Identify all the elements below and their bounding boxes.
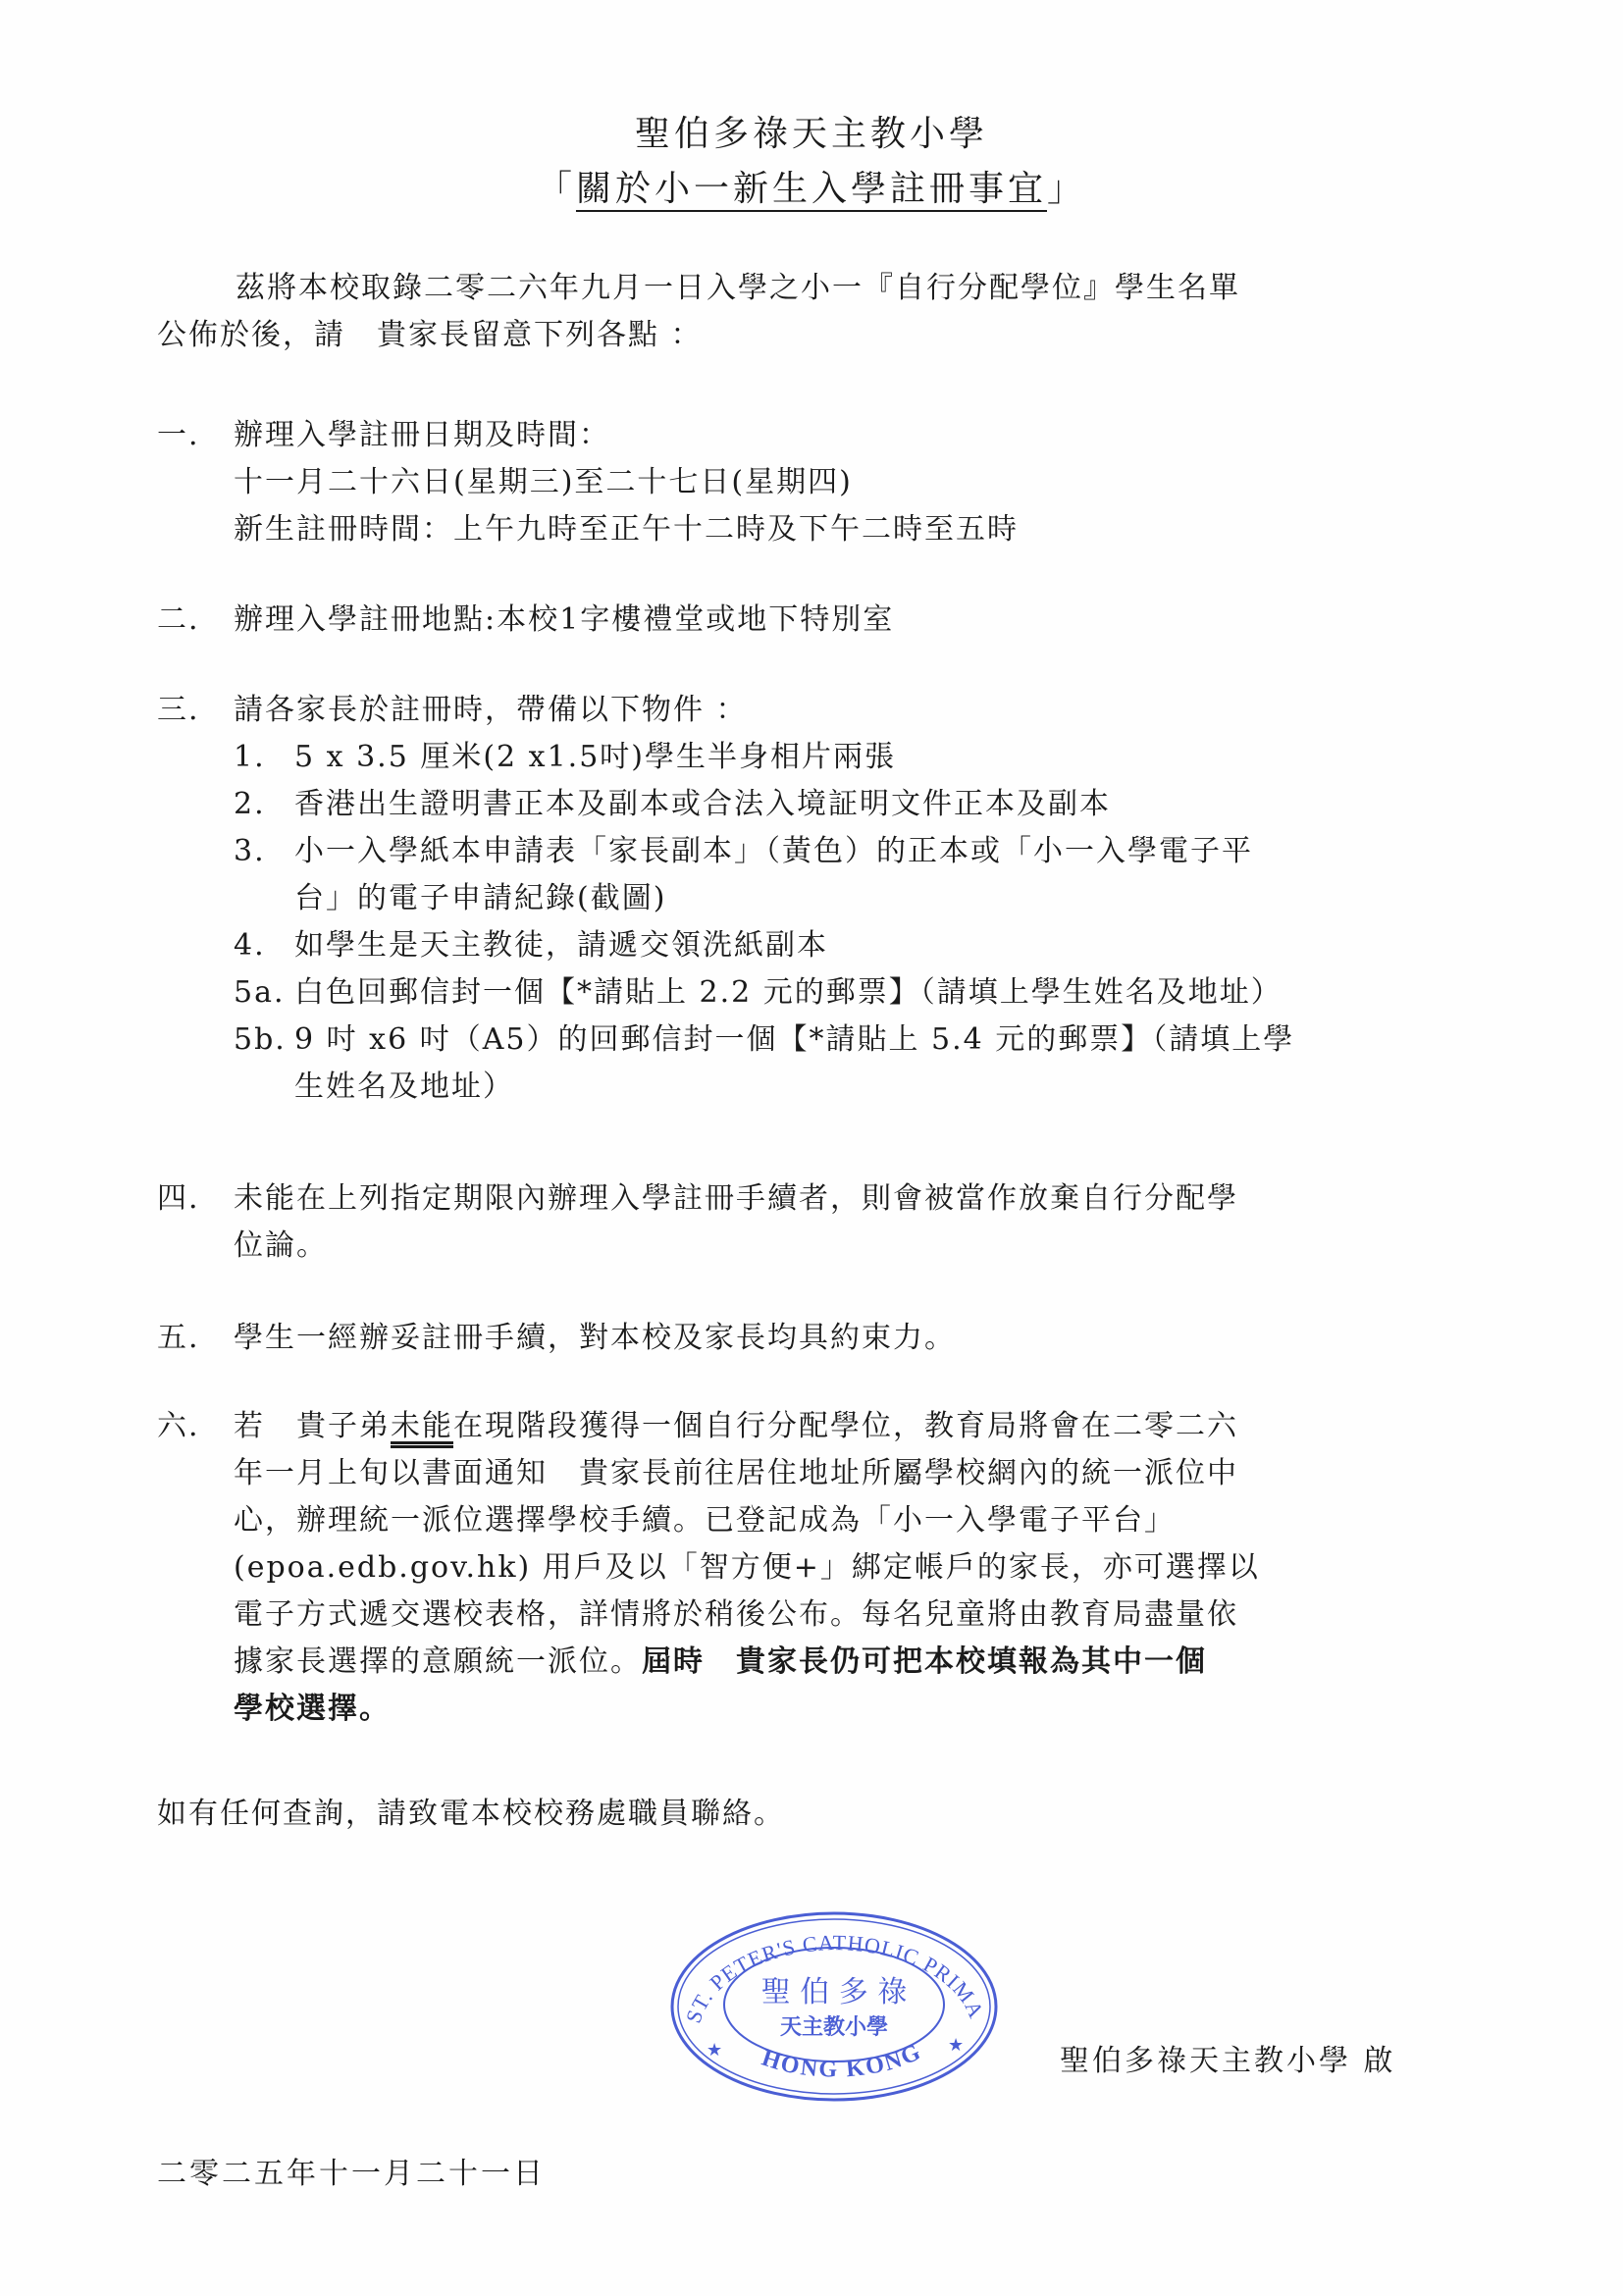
- list-item: 5a. 白色回郵信封一個【*請貼上 2.2 元的郵票】（請填上學生姓名及地址）: [234, 969, 1492, 1017]
- section-line: 若 貴子弟未能在現階段獲得一個自行分配學位，教育局將會在二零二六: [234, 1403, 1492, 1450]
- item-number: 5a.: [234, 969, 286, 1017]
- stamp-inner-line1: 聖 伯 多 祿: [761, 1975, 908, 2009]
- item-text: 如學生是天主教徒，請遞交領洗紙副本: [294, 922, 1492, 969]
- text-span: 在現階段獲得一個自行分配學位，教育局將會在二零二六: [453, 1409, 1238, 1443]
- school-stamp: ST. PETER'S CATHOLIC PRIMARY SCHOOL HONG…: [667, 1908, 1001, 2105]
- document-page: 聖伯多祿天主教小學 「關於小一新生入學註冊事宜」 茲將本校取錄二零二六年九月一日…: [0, 0, 1623, 2296]
- section-line: 據家長選擇的意願統一派位。屆時 貴家長仍可把本校填報為其中一個: [234, 1639, 1492, 1686]
- item-number: 2.: [234, 781, 266, 828]
- section-line: 未能在上列指定期限內辦理入學註冊手續者，則會被當作放棄自行分配學: [234, 1175, 1492, 1223]
- required-items-list: 1. 5 x 3.5 厘米(2 x1.5吋)學生半身相片兩張 2. 香港出生證明…: [234, 734, 1492, 1111]
- section-1-registration-time: 一. 辦理入學註冊日期及時間： 十一月二十六日(星期三)至二十七日(星期四) 新…: [157, 412, 1492, 553]
- section-4-deadline-notice: 四. 未能在上列指定期限內辦理入學註冊手續者，則會被當作放棄自行分配學 位論。: [157, 1175, 1492, 1270]
- text-span: 據家長選擇的意願統一派位。: [234, 1644, 642, 1679]
- stamp-inner-line2: 天主教小學: [780, 2014, 888, 2040]
- intro-line: 公佈於後，請 貴家長留意下列各點 ：: [157, 312, 1472, 359]
- stamp-bottom-text: HONG KONG: [759, 2039, 926, 2083]
- school-name-heading: 聖伯多祿天主教小學: [0, 108, 1623, 161]
- section-line: 新生註冊時間：上午九時至正午十二時及下午二時至五時: [234, 506, 1492, 553]
- section-number: 四.: [157, 1175, 234, 1223]
- section-number: 五.: [157, 1315, 234, 1362]
- svg-text:HONG KONG: HONG KONG: [759, 2039, 926, 2083]
- section-line: 心，辦理統一派位選擇學校手續。已登記成為「小一入學電子平台」: [234, 1497, 1492, 1544]
- section-3-required-items: 三. 請各家長於註冊時，帶備以下物件 ： 1. 5 x 3.5 厘米(2 x1.…: [157, 687, 1492, 1111]
- inquiry-line: 如有任何查詢，請致電本校校務處職員聯絡。: [157, 1791, 785, 1838]
- intro-paragraph: 茲將本校取錄二零二六年九月一日入學之小一『自行分配學位』學生名單 公佈於後，請 …: [157, 265, 1472, 359]
- section-line: 學生一經辦妥註冊手續，對本校及家長均具約束力。: [234, 1315, 1492, 1362]
- item-text: 9 吋 x6 吋（A5）的回郵信封一個【*請貼上 5.4 元的郵票】（請填上學: [294, 1017, 1492, 1064]
- item-text: 台」的電子申請紀錄(截圖): [294, 875, 1492, 922]
- section-line: 電子方式遞交選校表格，詳情將於稍後公布。每名兒童將由教育局盡量依: [234, 1592, 1492, 1639]
- item-number: 4.: [234, 922, 266, 969]
- section-line: 辦理入學註冊日期及時間：: [234, 412, 1492, 459]
- item-number: 3.: [234, 828, 266, 875]
- item-text: 香港出生證明書正本及副本或合法入境証明文件正本及副本: [294, 781, 1492, 828]
- issue-date: 二零二五年十一月二十一日: [157, 2149, 546, 2192]
- section-line: 學校選擇。: [234, 1686, 1492, 1733]
- star-icon: ★: [707, 2040, 722, 2061]
- section-2-registration-venue: 二. 辦理入學註冊地點:本校1字樓禮堂或地下特別室: [157, 597, 1492, 644]
- section-line: 年一月上旬以書面通知 貴家長前往居住地址所屬學校網內的統一派位中: [234, 1450, 1492, 1497]
- section-line: (epoa.edb.gov.hk) 用戶及以「智方便+」綁定帳戶的家長，亦可選擇…: [234, 1544, 1492, 1592]
- title-block: 聖伯多祿天主教小學 「關於小一新生入學註冊事宜」: [0, 108, 1623, 218]
- item-text: 白色回郵信封一個【*請貼上 2.2 元的郵票】（請填上學生姓名及地址）: [294, 969, 1492, 1017]
- emphasis-unable: 未能: [391, 1409, 453, 1443]
- item-text: 生姓名及地址）: [294, 1064, 1492, 1111]
- subject-heading: 「關於小一新生入學註冊事宜」: [0, 161, 1623, 218]
- item-text: 小一入學紙本申請表「家長副本」（黃色）的正本或「小一入學電子平: [294, 828, 1492, 875]
- signature: 聖伯多祿天主教小學 啟: [1060, 2036, 1396, 2079]
- item-number: 1.: [234, 734, 266, 781]
- list-item: 4. 如學生是天主教徒，請遞交領洗紙副本: [234, 922, 1492, 969]
- section-line: 辦理入學註冊地點:本校1字樓禮堂或地下特別室: [234, 597, 1492, 644]
- section-line: 十一月二十六日(星期三)至二十七日(星期四): [234, 459, 1492, 506]
- section-6-central-allocation: 六. 若 貴子弟未能在現階段獲得一個自行分配學位，教育局將會在二零二六 年一月上…: [157, 1403, 1492, 1733]
- item-number: 5b.: [234, 1017, 287, 1064]
- subject-open-bracket: 「: [537, 169, 576, 209]
- bold-text-span: 屆時 貴家長仍可把本校填報為其中一個: [642, 1644, 1207, 1679]
- section-number: 一.: [157, 412, 234, 459]
- subject-text: 關於小一新生入學註冊事宜: [576, 169, 1047, 209]
- text-span: 若 貴子弟: [234, 1409, 391, 1443]
- list-item: 1. 5 x 3.5 厘米(2 x1.5吋)學生半身相片兩張: [234, 734, 1492, 781]
- subject-close-bracket: 」: [1047, 169, 1086, 209]
- list-item: 3. 小一入學紙本申請表「家長副本」（黃色）的正本或「小一入學電子平 台」的電子…: [234, 828, 1492, 922]
- list-item: 2. 香港出生證明書正本及副本或合法入境証明文件正本及副本: [234, 781, 1492, 828]
- item-text: 5 x 3.5 厘米(2 x1.5吋)學生半身相片兩張: [294, 734, 1492, 781]
- star-icon: ★: [948, 2035, 964, 2056]
- section-5-binding-notice: 五. 學生一經辦妥註冊手續，對本校及家長均具約束力。: [157, 1315, 1492, 1362]
- section-number: 二.: [157, 597, 234, 644]
- section-line: 請各家長於註冊時，帶備以下物件 ：: [234, 687, 1492, 734]
- section-number: 六.: [157, 1403, 234, 1450]
- section-line: 位論。: [234, 1223, 1492, 1270]
- intro-line: 茲將本校取錄二零二六年九月一日入學之小一『自行分配學位』學生名單: [157, 265, 1472, 312]
- section-number: 三.: [157, 687, 234, 734]
- list-item: 5b. 9 吋 x6 吋（A5）的回郵信封一個【*請貼上 5.4 元的郵票】（請…: [234, 1017, 1492, 1111]
